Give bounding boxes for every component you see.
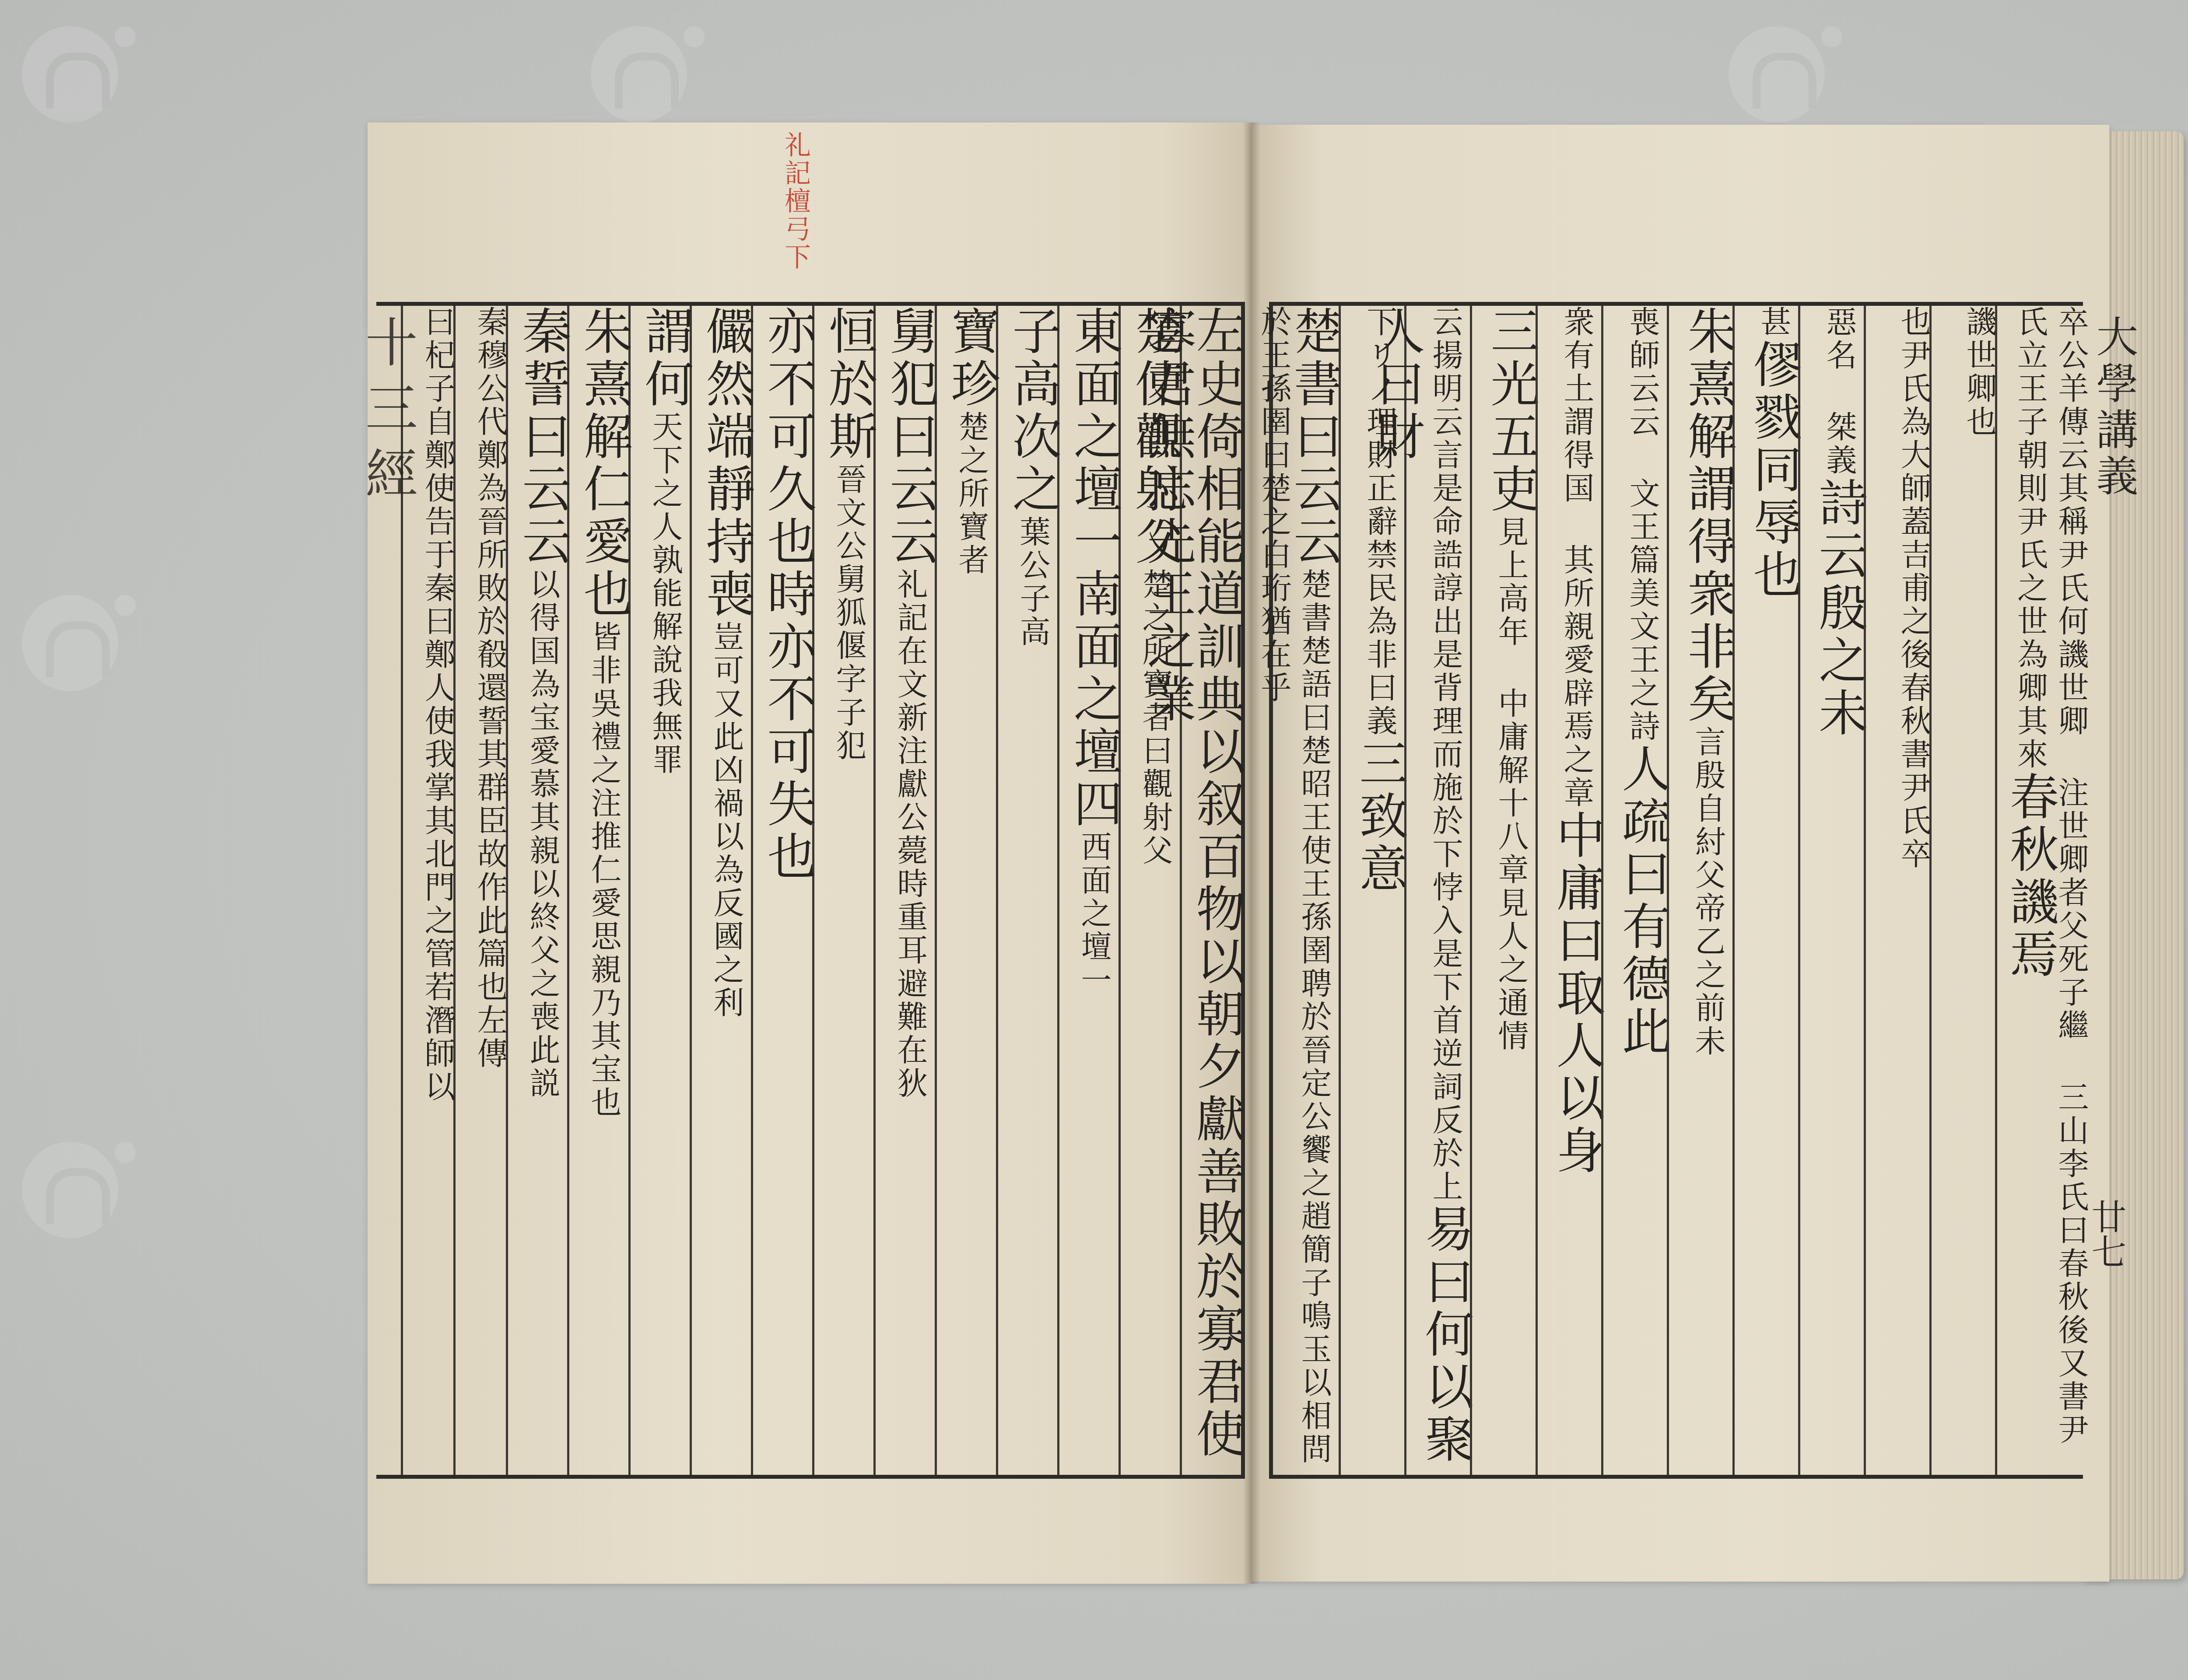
text-column: 恒於斯晉文公舅狐偃字子犯 — [812, 306, 873, 1475]
watermark-logo — [0, 0, 131, 131]
text-column: 惡名 桀義詩云殷之未 — [1798, 306, 1864, 1475]
text-column: 下リノ理財正辭禁民為非曰義三致意 — [1339, 306, 1404, 1475]
text-column: 楚使觀射父楚之所寶者曰觀射父 — [1119, 306, 1180, 1475]
text-column: 也尹氏為大師蓋吉甫之後春秋書尹氏卒 — [1864, 306, 1929, 1475]
text-column: 譏世卿也 — [1929, 306, 1995, 1475]
text-column: 子高次之葉公子高 — [996, 306, 1057, 1475]
text-column: 舅犯曰云云礼記在文新注獻公薨時重耳避難在狄 — [873, 306, 935, 1475]
left-page-text-frame: 左史倚相能道訓典以叙百物以朝夕獻善敗於寡君使寡君無忘先王之業 楚使觀射父楚之所寶… — [376, 302, 1245, 1479]
right-page-text-frame: 楚書曰云云楚書楚語曰楚昭王使王孫圉聘於晉定公饗之趙簡子鳴玉以相問於王孫圉曰楚之白… — [1269, 302, 2083, 1479]
text-column: 秦穆公代鄭為晉所敗於殽還誓其群臣故作此篇也左傳 — [453, 306, 506, 1475]
text-column: 楚書曰云云楚書楚語曰楚昭王使王孫圉聘於晉定公饗之趙簡子鳴玉以相問於王孫圉曰楚之白… — [1273, 306, 1339, 1475]
text-column: 云揚明云言是命誥諄出是背理而施於下悖入是下首逆詞反於上易曰何以聚人曰財 — [1404, 306, 1470, 1475]
text-column: 亦不可久也時亦不可失也 — [751, 306, 812, 1475]
folio-number: 廿七 — [2087, 1199, 2131, 1269]
text-column: 寶珍楚之所寶者 — [935, 306, 996, 1475]
watermark-logo — [1707, 0, 1838, 131]
text-column: 東面之壇一南面之壇四西面之壇一 — [1057, 306, 1119, 1475]
watermark-logo — [569, 0, 700, 131]
text-column: 喪師云云 文王篇美文王之詩人疏曰有德此 — [1601, 306, 1667, 1475]
red-handwritten-annotation: 礼記檀弓下 — [777, 131, 814, 271]
text-column: 儼然端靜持喪豈可又此凶禍以為反國之利 — [690, 306, 751, 1475]
text-column: 朱熹解謂得衆非矣言殷自紂父帝乙之前未 — [1667, 306, 1732, 1475]
fore-edge-title: 大學講義 — [2092, 315, 2144, 500]
text-column: 甚僇戮同辱也 — [1732, 306, 1798, 1475]
text-column: 謂何天下之人孰能解說我無罪 — [628, 306, 690, 1475]
text-column: 左史倚相能道訓典以叙百物以朝夕獻善敗於寡君使寡君無忘先王之業 — [1180, 306, 1241, 1475]
text-column: 三光五吏見上高年 中庸解十八章見人之通情 — [1470, 306, 1536, 1475]
text-column: 卒公羊傳云其稱尹氏何譏世卿 注世卿者父死子繼 三山李氏曰春秋後又書尹氏立王子朝則… — [1995, 306, 2087, 1475]
text-column: 朱熹解仁愛也皆非吳禮之注推仁愛思親乃其宝也 — [567, 306, 628, 1475]
left-edge-title: 十三經 — [372, 315, 424, 1146]
text-column: 秦誓曰云云以得国為宝愛慕其親以終父之喪此説 — [506, 306, 567, 1475]
watermark-logo — [0, 569, 131, 700]
watermark-logo — [0, 1116, 131, 1247]
text-column: 衆有土謂得国 其所親愛辟焉之章中庸曰取人以身 — [1536, 306, 1601, 1475]
